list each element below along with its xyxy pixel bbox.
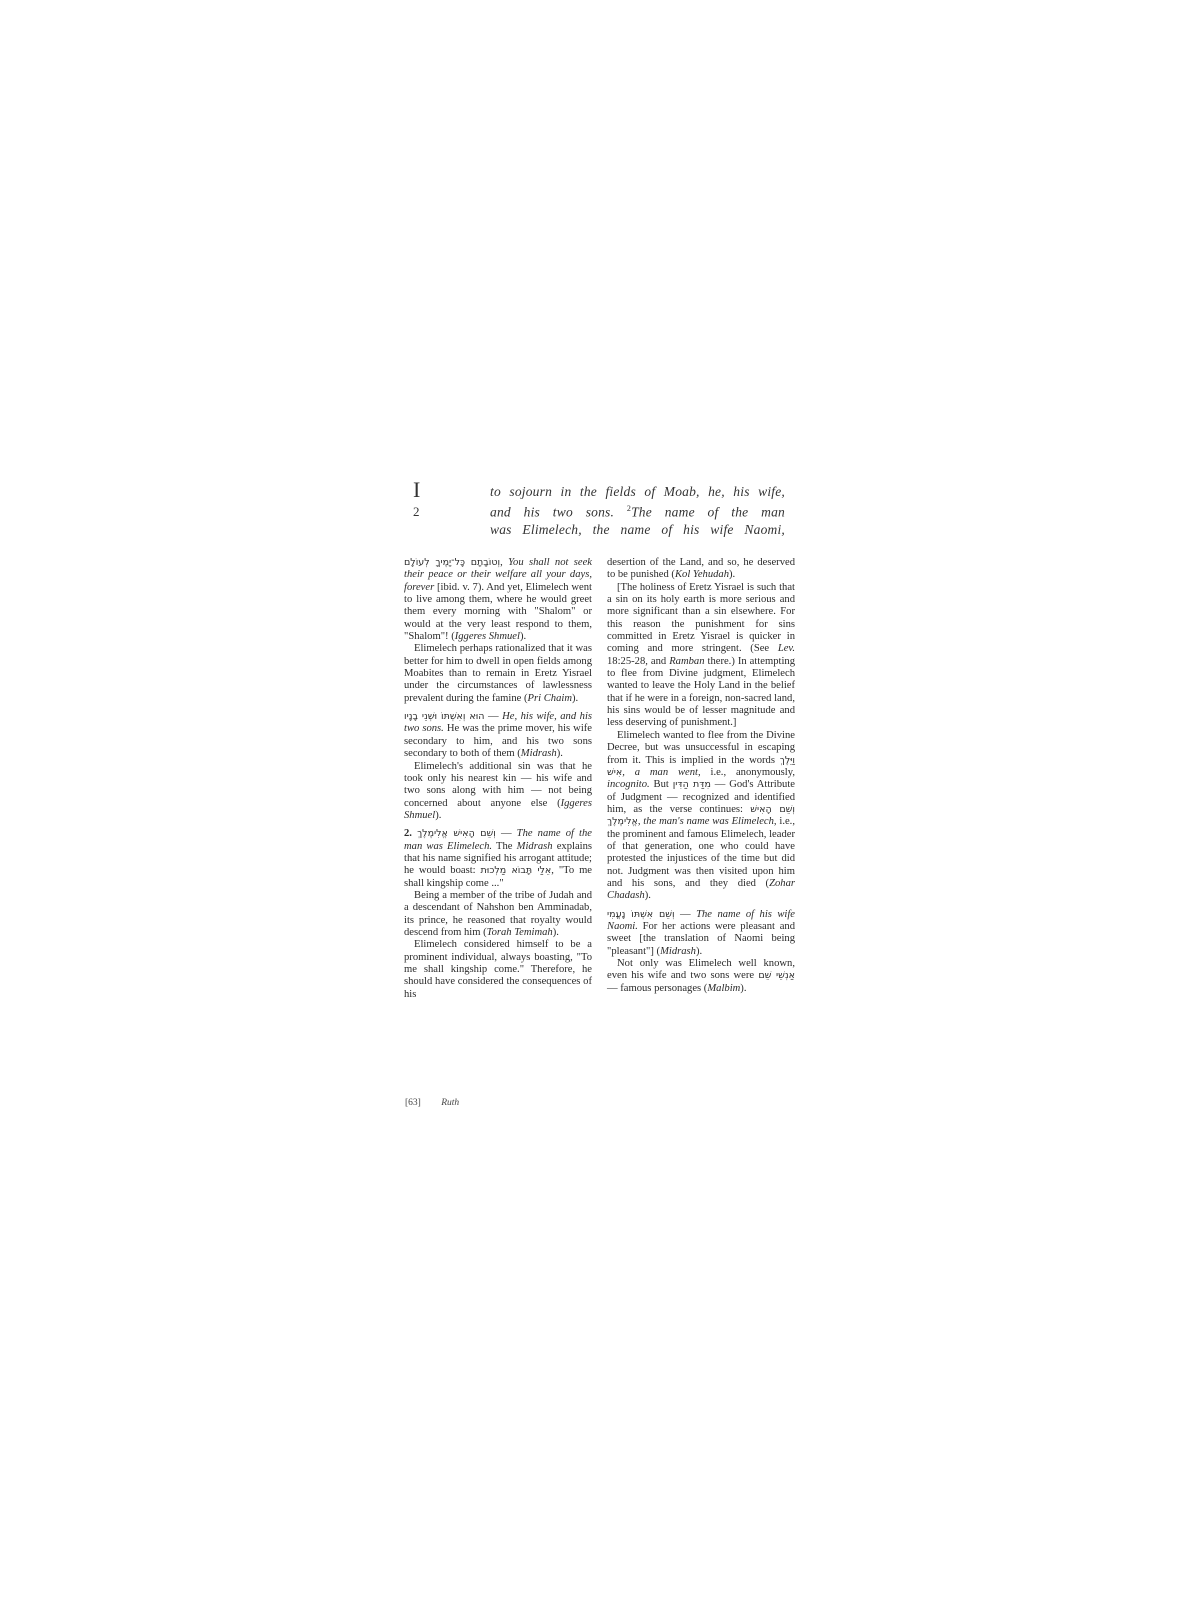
citation: Midrash	[660, 946, 696, 957]
verse-line: was Elimelech, the name of his wife Naom…	[490, 521, 785, 538]
translated-verse: to sojourn in the fields of Moab, he, hi…	[490, 483, 785, 538]
citation: Ramban	[669, 656, 704, 667]
paragraph-text: [The holiness of Eretz Yisrael is such t…	[607, 582, 795, 655]
commentary-paragraph: desertion of the Land, and so, he deserv…	[607, 557, 795, 582]
book-title: Ruth	[441, 1098, 459, 1108]
paragraph-end: ).	[645, 890, 651, 901]
hebrew-quote: מִדַּת הַדִּין	[673, 779, 711, 790]
chapter-number: I	[413, 478, 433, 502]
dash: —	[496, 828, 517, 839]
paragraph-end: ).	[696, 946, 702, 957]
verse-line: to sojourn in the fields of Moab, he, hi…	[490, 483, 785, 500]
paragraph-text: i.e., anonymously,	[701, 767, 795, 778]
commentary-paragraph: Not only was Elimelech well known, even …	[607, 958, 795, 995]
paragraph-end: ).	[729, 569, 735, 580]
commentary-paragraph: [The holiness of Eretz Yisrael is such t…	[607, 582, 795, 730]
paragraph-end: ).	[520, 631, 526, 642]
commentary-paragraph: Elimelech wanted to flee from the Divine…	[607, 730, 795, 903]
paragraph-text: But	[650, 779, 673, 790]
dash: —	[675, 909, 697, 920]
paragraph-text: — famous personages (	[607, 983, 707, 994]
commentary-paragraph: וְטוֹבָתָם כָּל־יָמֶיךָ לְעוֹלָם, You sh…	[404, 557, 592, 643]
hebrew-quote: אֵלַי תָּבוֹא מַלְכוּת	[480, 865, 551, 876]
citation: Torah Temimah	[487, 927, 553, 938]
citation: Malbim	[707, 983, 740, 994]
hebrew-quote: הוּא וְאִשְׁתּוֹ וּשְׁנֵי בָנָיו	[404, 711, 485, 722]
commentary-paragraph: Being a member of the tribe of Judah and…	[404, 890, 592, 939]
commentary-paragraph: הוּא וְאִשְׁתּוֹ וּשְׁנֵי בָנָיו — He, h…	[404, 711, 592, 760]
commentary-paragraph: Elimelech's additional sin was that he t…	[404, 761, 592, 823]
citation: Pri Chaim	[528, 693, 572, 704]
page-number: [63]	[405, 1098, 421, 1108]
hebrew-quote: אַנְשֵׁי שֵׁם	[758, 970, 795, 981]
page-footer: [63] Ruth	[405, 1098, 459, 1108]
verse-ref-number: 2.	[404, 828, 412, 839]
citation: Kol Yehudah	[675, 569, 729, 580]
chapter-verse-marker: I 2	[413, 478, 433, 520]
citation: Lev.	[778, 643, 795, 654]
commentary-paragraph: Elimelech considered himself to be a pro…	[404, 939, 592, 1001]
italic-translation: incognito.	[607, 779, 650, 790]
paragraph-text: The	[492, 841, 517, 852]
hebrew-quote: וְשֵׁם הָאִישׁ אֱלִימֶלֶךְ	[417, 828, 496, 839]
citation: Midrash	[517, 841, 553, 852]
italic-translation: , a man went,	[622, 767, 700, 778]
paragraph-end: ).	[557, 748, 563, 759]
commentary-right-column: desertion of the Land, and so, he deserv…	[607, 557, 795, 995]
citation: Iggeres Shmuel	[455, 631, 520, 642]
verse-number: 2	[413, 504, 433, 520]
verse-line: and his two sons. 2The name of the man	[490, 500, 785, 521]
verse-line-part: The name of the man	[631, 505, 785, 520]
commentary-paragraph: Elimelech perhaps rationalized that it w…	[404, 643, 592, 705]
commentary-left-column: וְטוֹבָתָם כָּל־יָמֶיךָ לְעוֹלָם, You sh…	[404, 557, 592, 1001]
paragraph-end: ).	[572, 693, 578, 704]
commentary-paragraph: 2. וְשֵׁם הָאִישׁ אֱלִימֶלֶךְ — The name…	[404, 828, 592, 890]
hebrew-quote: וְשֵׁם אִשְׁתּוֹ נָעֳמִי	[607, 909, 675, 920]
paragraph-end: ).	[740, 983, 746, 994]
verse-line-part: and his two sons.	[490, 505, 614, 520]
hebrew-quote: וְטוֹבָתָם כָּל־יָמֶיךָ לְעוֹלָם	[404, 557, 500, 568]
dash: —	[485, 711, 503, 722]
paragraph-text: 18:25-28, and	[607, 656, 669, 667]
commentary-paragraph: וְשֵׁם אִשְׁתּוֹ נָעֳמִי — The name of h…	[607, 909, 795, 958]
paragraph-text: Elimelech wanted to flee from the Divine…	[607, 730, 795, 766]
book-page: I 2 to sojourn in the fields of Moab, he…	[0, 0, 1200, 1600]
paragraph-end: ).	[553, 927, 559, 938]
italic-translation: , the man's name was Elimelech,	[638, 816, 777, 827]
citation: Midrash	[521, 748, 557, 759]
paragraph-end: ).	[435, 810, 441, 821]
paragraph-text: Elimelech considered himself to be a pro…	[404, 939, 592, 999]
